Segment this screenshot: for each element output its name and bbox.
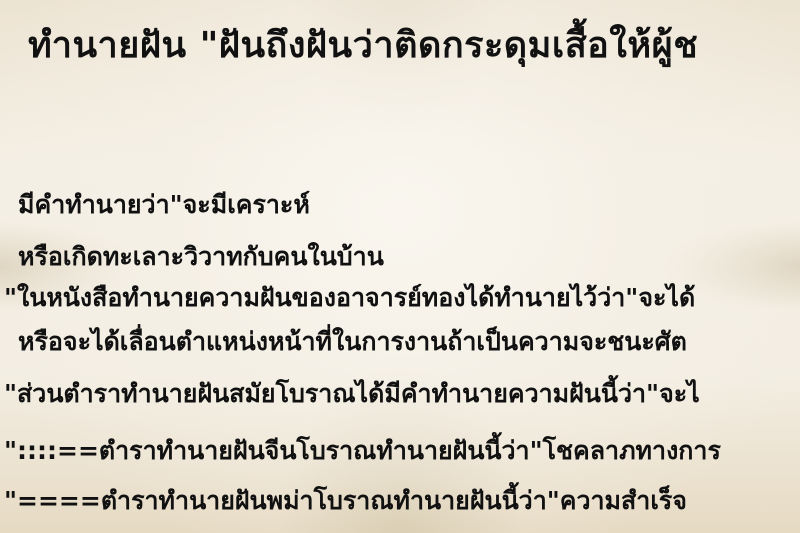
prediction-line: "ในหนังสือทำนายความฝันของอาจารย์ทองได้ทำ… (4, 281, 695, 315)
prediction-line: "ส่วนตำราทำนายฝันสมัยโบราณได้มีคำทำนายคว… (4, 377, 700, 411)
prediction-line: มีคำทำนายว่า"จะมีเคราะห์ (18, 188, 310, 222)
prediction-line: หรือเกิดทะเลาะวิวาทกับคนในบ้าน (18, 240, 384, 274)
prediction-line: หรือจะได้เลื่อนตำแหน่งหน้าที่ในการงานถ้า… (18, 325, 687, 359)
prediction-line: "====ตำราทำนายฝันพม่าโบราณทำนายฝันนี้ว่า… (4, 484, 687, 518)
prediction-line: "::::==ตำราทำนายฝันจีนโบราณทำนายฝันนี้ว่… (4, 434, 721, 468)
page-title: ทำนายฝัน "ฝันถึงฝันว่าติดกระดุมเสื้อให้ผ… (28, 18, 698, 74)
